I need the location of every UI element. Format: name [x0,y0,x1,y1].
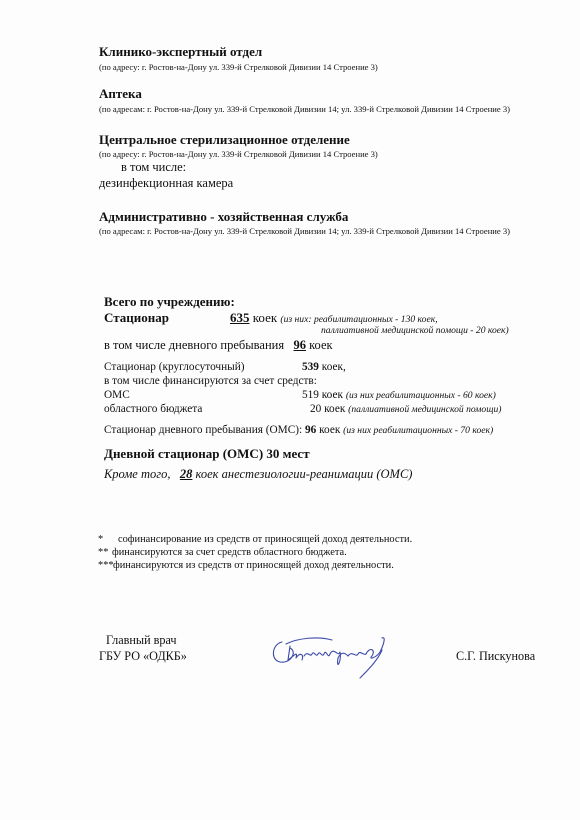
footnote-text: финансируются за счет средств областного… [112,547,347,558]
section-sub-item: дезинфекционная камера [99,176,233,191]
footnote: *софинансирование из средств от приносящ… [98,534,412,545]
budget-label: областного бюджета [104,403,202,415]
footnote-mark: *** [98,560,113,571]
budget-line: 20 коек (паллиативной медицинской помощи… [310,403,501,415]
section-address: (по адресам: г. Ростов-на-Дону ул. 339-й… [99,226,510,236]
footnote-text: софинансирование из средств от приносяще… [118,534,412,545]
round-clock-label: Стационар (круглосуточный) [104,361,245,373]
footnote-text: финансируются из средств от приносящей д… [113,560,394,571]
section-address: (по адресу: г. Ростов-на-Дону ул. 339-й … [99,149,378,159]
section-sub-label: в том числе: [121,160,186,175]
signature-organization: ГБУ РО «ОДКБ» [99,649,187,664]
day-stay-total: 96 [293,338,306,352]
beds-word: коек [309,338,332,352]
section-title: Центральное стерилизационное отделение [99,132,350,148]
day-clinic: Дневной стационар (ОМС) 30 мест [104,446,310,462]
hospital-note-1: (из них: реабилитационных - 130 коек, [280,314,437,325]
extra-line: Кроме того, 28 коек анестезиологии-реани… [104,467,412,482]
hospital-label: Стационар [104,310,169,326]
funding-label: в том числе финансируются за счет средст… [104,375,317,387]
extra-value: 28 [180,467,193,481]
footnote: **финансируются за счет средств областно… [98,547,347,558]
handwritten-signature-icon [268,632,398,680]
oms-label: ОМС [104,389,130,401]
extra-prefix: Кроме того, [104,467,171,481]
day-stay-line: в том числе дневного пребывания 96 коек [104,338,333,353]
beds-word: коек [253,310,277,325]
day-hospital-oms-label: Стационар дневного пребывания (ОМС): [104,424,302,436]
day-hospital-oms-line: Стационар дневного пребывания (ОМС): 96 … [104,424,493,436]
oms-line: 519 коек (из них реабилитационных - 60 к… [302,389,496,401]
budget-note: (паллиативной медицинской помощи) [348,404,501,415]
hospital-total-line: 635 коек (из них: реабилитационных - 130… [230,310,438,326]
footnote-mark: ** [98,547,112,558]
section-address: (по адресу: г. Ростов-на-Дону ул. 339-й … [99,62,378,72]
signature-position: Главный врач [106,633,177,648]
footnote: ***финансируются из средств от приносяще… [98,560,394,571]
hospital-total: 635 [230,310,250,325]
day-hospital-oms-note: (из них реабилитационных - 70 коек) [343,425,493,436]
day-stay-label: в том числе дневного пребывания [104,338,284,352]
day-hospital-oms-value: 96 [305,424,316,436]
budget-value: 20 коек [310,403,345,415]
section-title: Аптека [99,86,142,102]
oms-note: (из них реабилитационных - 60 коек) [346,390,496,401]
summary-heading: Всего по учреждению: [104,294,235,310]
round-clock-line: 539 коек, [302,361,346,373]
section-address: (по адресам: г. Ростов-на-Дону ул. 339-й… [99,104,510,114]
section-title: Клинико-экспертный отдел [99,44,262,60]
signature-name: С.Г. Пискунова [456,649,535,664]
section-title: Административно - хозяйственная служба [99,209,348,225]
day-hospital-oms-suffix: коек [319,424,340,436]
oms-value: 519 коек [302,389,343,401]
hospital-note-2: паллиативной медицинской помощи - 20 кое… [321,325,509,336]
footnote-mark: * [98,534,118,545]
round-clock-suffix: коек, [322,361,346,373]
extra-suffix: коек анестезиологии-реанимации (ОМС) [196,467,413,481]
round-clock-total: 539 [302,361,319,373]
